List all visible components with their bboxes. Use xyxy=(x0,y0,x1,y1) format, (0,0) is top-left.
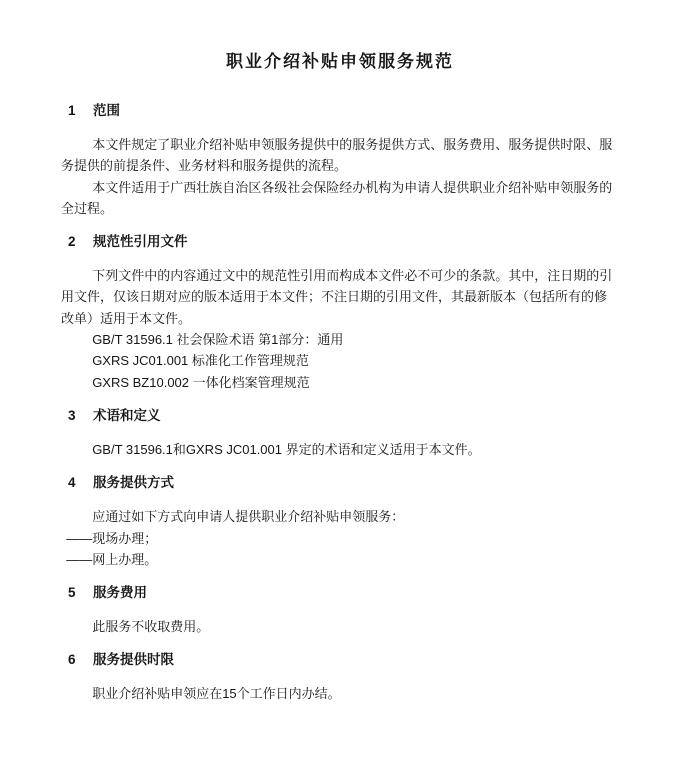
section-body: GB/T 31596.1和GXRS JC01.001 界定的术语和定义适用于本文… xyxy=(61,439,619,460)
paragraph: 本文件适用于广西壮族自治区各级社会保险经办机构为申请人提供职业介绍补贴申领服务的… xyxy=(61,177,619,220)
section-number: 2 xyxy=(68,231,93,252)
section-title: 服务费用 xyxy=(93,582,147,603)
section-title: 范围 xyxy=(93,100,120,121)
section-body: 应通过如下方式向申请人提供职业介绍补贴申领服务： ——现场办理； ——网上办理。 xyxy=(61,506,619,570)
section-body: 下列文件中的内容通过文中的规范性引用而构成本文件必不可少的条款。其中，注日期的引… xyxy=(61,265,619,393)
section-service-time-limit: 6 服务提供时限 职业介绍补贴申领应在15个工作日内办结。 xyxy=(61,649,619,704)
section-number: 4 xyxy=(68,472,93,493)
section-service-method: 4 服务提供方式 应通过如下方式向申请人提供职业介绍补贴申领服务： ——现场办理… xyxy=(61,472,619,570)
dash-list-item: ——网上办理。 xyxy=(61,549,619,570)
paragraph: 下列文件中的内容通过文中的规范性引用而构成本文件必不可少的条款。其中，注日期的引… xyxy=(61,265,619,329)
reference-item: GB/T 31596.1 社会保险术语 第1部分：通用 xyxy=(61,329,619,350)
section-normative-references: 2 规范性引用文件 下列文件中的内容通过文中的规范性引用而构成本文件必不可少的条… xyxy=(61,231,619,393)
section-heading: 6 服务提供时限 xyxy=(61,649,619,670)
section-title: 服务提供方式 xyxy=(93,472,174,493)
section-heading: 5 服务费用 xyxy=(61,582,619,603)
paragraph: 此服务不收取费用。 xyxy=(61,616,619,637)
document-page: 职业介绍补贴申领服务规范 1 范围 本文件规定了职业介绍补贴申领服务提供中的服务… xyxy=(0,0,675,777)
section-number: 5 xyxy=(68,582,93,603)
section-title: 服务提供时限 xyxy=(93,649,174,670)
paragraph: 本文件规定了职业介绍补贴申领服务提供中的服务提供方式、服务费用、服务提供时限、服… xyxy=(61,134,619,177)
section-heading: 3 术语和定义 xyxy=(61,405,619,426)
document-title: 职业介绍补贴申领服务规范 xyxy=(61,0,619,75)
section-number: 1 xyxy=(68,100,93,121)
section-title: 术语和定义 xyxy=(93,405,161,426)
paragraph: 应通过如下方式向申请人提供职业介绍补贴申领服务： xyxy=(61,506,619,527)
section-heading: 2 规范性引用文件 xyxy=(61,231,619,252)
paragraph: 职业介绍补贴申领应在15个工作日内办结。 xyxy=(61,683,619,704)
section-body: 本文件规定了职业介绍补贴申领服务提供中的服务提供方式、服务费用、服务提供时限、服… xyxy=(61,134,619,219)
section-body: 职业介绍补贴申领应在15个工作日内办结。 xyxy=(61,683,619,704)
section-body: 此服务不收取费用。 xyxy=(61,616,619,637)
section-number: 6 xyxy=(68,649,93,670)
dash-list-item: ——现场办理； xyxy=(61,528,619,549)
reference-item: GXRS JC01.001 标准化工作管理规范 xyxy=(61,350,619,371)
reference-item: GXRS BZ10.002 一体化档案管理规范 xyxy=(61,372,619,393)
paragraph: GB/T 31596.1和GXRS JC01.001 界定的术语和定义适用于本文… xyxy=(61,439,619,460)
section-heading: 1 范围 xyxy=(61,100,619,121)
section-service-fee: 5 服务费用 此服务不收取费用。 xyxy=(61,582,619,637)
section-title: 规范性引用文件 xyxy=(93,231,188,252)
section-terms-definitions: 3 术语和定义 GB/T 31596.1和GXRS JC01.001 界定的术语… xyxy=(61,405,619,460)
section-number: 3 xyxy=(68,405,93,426)
section-scope: 1 范围 本文件规定了职业介绍补贴申领服务提供中的服务提供方式、服务费用、服务提… xyxy=(61,100,619,219)
section-heading: 4 服务提供方式 xyxy=(61,472,619,493)
